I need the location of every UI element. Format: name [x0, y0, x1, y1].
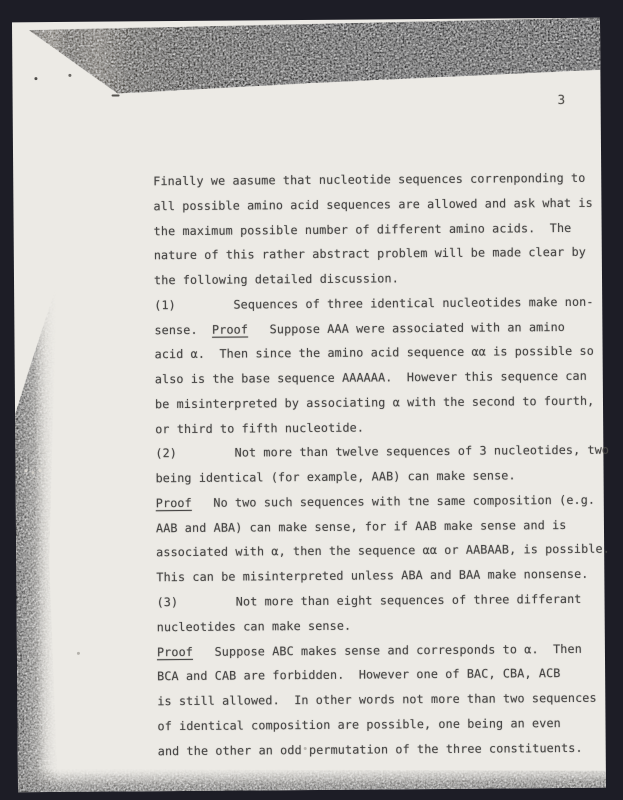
- text-line: Proof Suppose ABC makes sense and corres…: [157, 636, 617, 664]
- text-line: Finally we aasume that nucleotide sequen…: [153, 166, 613, 194]
- text-line: (3) Not more than eight sequences of thr…: [156, 587, 616, 615]
- text-line: acid α. Then since the amino acid sequen…: [155, 339, 615, 367]
- text-segment: associated with α, then the sequence αα …: [156, 542, 610, 560]
- toner-speck: [34, 77, 37, 80]
- text-segment: of identical composition are possible, o…: [157, 716, 560, 733]
- white-speck: [32, 471, 35, 474]
- text-segment: (2) Not more than twelve sequences of 3 …: [155, 443, 609, 461]
- text-line: (1) Sequences of three identical nucleot…: [154, 289, 614, 317]
- typewritten-text: Finally we aasume that nucleotide sequen…: [153, 166, 618, 764]
- text-segment: or third to fifth nucleotide.: [155, 420, 364, 436]
- text-line: of identical composition are possible, o…: [157, 710, 617, 738]
- text-line: the maximum possible number of different…: [154, 215, 614, 243]
- text-segment: Finally we aasume that nucleotide sequen…: [153, 171, 585, 188]
- text-segment: also is the base sequence AAAAAA. Howeve…: [155, 369, 587, 386]
- toner-dash: [112, 94, 120, 96]
- text-line: or third to fifth nucleotide.: [155, 413, 615, 441]
- text-line: all possible amino acid sequences are al…: [153, 190, 613, 218]
- text-line: sense. Proof Suppose AAA were associated…: [154, 314, 614, 342]
- text-line: be misinterpreted by associating α with …: [155, 388, 615, 416]
- text-segment: is still allowed. In other words not mor…: [157, 691, 596, 708]
- text-segment: This can be misinterpreted unless ABA an…: [156, 567, 588, 584]
- bottom-smudge-band: [18, 764, 606, 793]
- text-line: (2) Not more than twelve sequences of 3 …: [155, 438, 615, 466]
- text-line: Proof No two such sequences with tne sam…: [156, 488, 616, 516]
- text-segment: sense.: [154, 322, 212, 336]
- text-segment: be misinterpreted by associating α with …: [155, 394, 594, 411]
- text-segment: the maximum possible number of different…: [154, 220, 572, 237]
- manuscript-page: 3 Finally we aasume that nucleotide sequ…: [12, 18, 606, 793]
- text-line: AAB and ABA) can make sense, for if AAB …: [156, 512, 616, 540]
- text-segment: nucleotides can make sense.: [157, 618, 352, 634]
- text-segment: nature of this rather abstract problem w…: [154, 245, 586, 262]
- text-segment: No two such sequences with tne same comp…: [192, 493, 595, 510]
- text-line: the following detailed discussion.: [154, 265, 614, 293]
- proof-label: Proof: [212, 322, 248, 336]
- text-line: also is the base sequence AAAAAA. Howeve…: [155, 364, 615, 392]
- top-smudge-band: [29, 18, 601, 94]
- text-segment: (3) Not more than eight sequences of thr…: [156, 592, 581, 609]
- text-line: nucleotides can make sense.: [157, 611, 617, 639]
- text-segment: AAB and ABA) can make sense, for if AAB …: [156, 518, 567, 535]
- text-line: nature of this rather abstract problem w…: [154, 240, 614, 268]
- text-line: BCA and CAB are forbidden. However one o…: [157, 661, 617, 689]
- text-segment: acid α. Then since the amino acid sequen…: [155, 344, 594, 361]
- text-segment: Suppose ABC makes sense and corresponds …: [193, 641, 582, 658]
- page-number: 3: [558, 92, 566, 107]
- text-line: This can be misinterpreted unless ABA an…: [156, 562, 616, 590]
- left-edge-wedge: [14, 284, 61, 792]
- text-segment: the following detailed discussion.: [154, 271, 399, 287]
- white-speck: [38, 469, 41, 472]
- text-segment: (1) Sequences of three identical nucleot…: [154, 295, 593, 312]
- text-segment: being identical (for example, AAB) can m…: [156, 469, 516, 486]
- text-segment: all possible amino acid sequences are al…: [153, 196, 592, 213]
- white-speck: [24, 469, 27, 472]
- proof-label: Proof: [157, 644, 193, 658]
- text-segment: Suppose AAA were associated with an amin…: [248, 320, 565, 336]
- photographed-document: 3 Finally we aasume that nucleotide sequ…: [0, 0, 623, 800]
- text-segment: BCA and CAB are forbidden. However one o…: [157, 666, 560, 683]
- text-line: associated with α, then the sequence αα …: [156, 537, 616, 565]
- text-line: is still allowed. In other words not mor…: [157, 686, 617, 714]
- toner-speck: [77, 652, 80, 655]
- proof-label: Proof: [156, 496, 192, 510]
- text-line: being identical (for example, AAB) can m…: [155, 463, 615, 491]
- toner-speck: [68, 74, 71, 77]
- text-segment: and the other an odd permutation of the …: [158, 740, 583, 757]
- text-line: and the other an odd permutation of the …: [158, 735, 618, 763]
